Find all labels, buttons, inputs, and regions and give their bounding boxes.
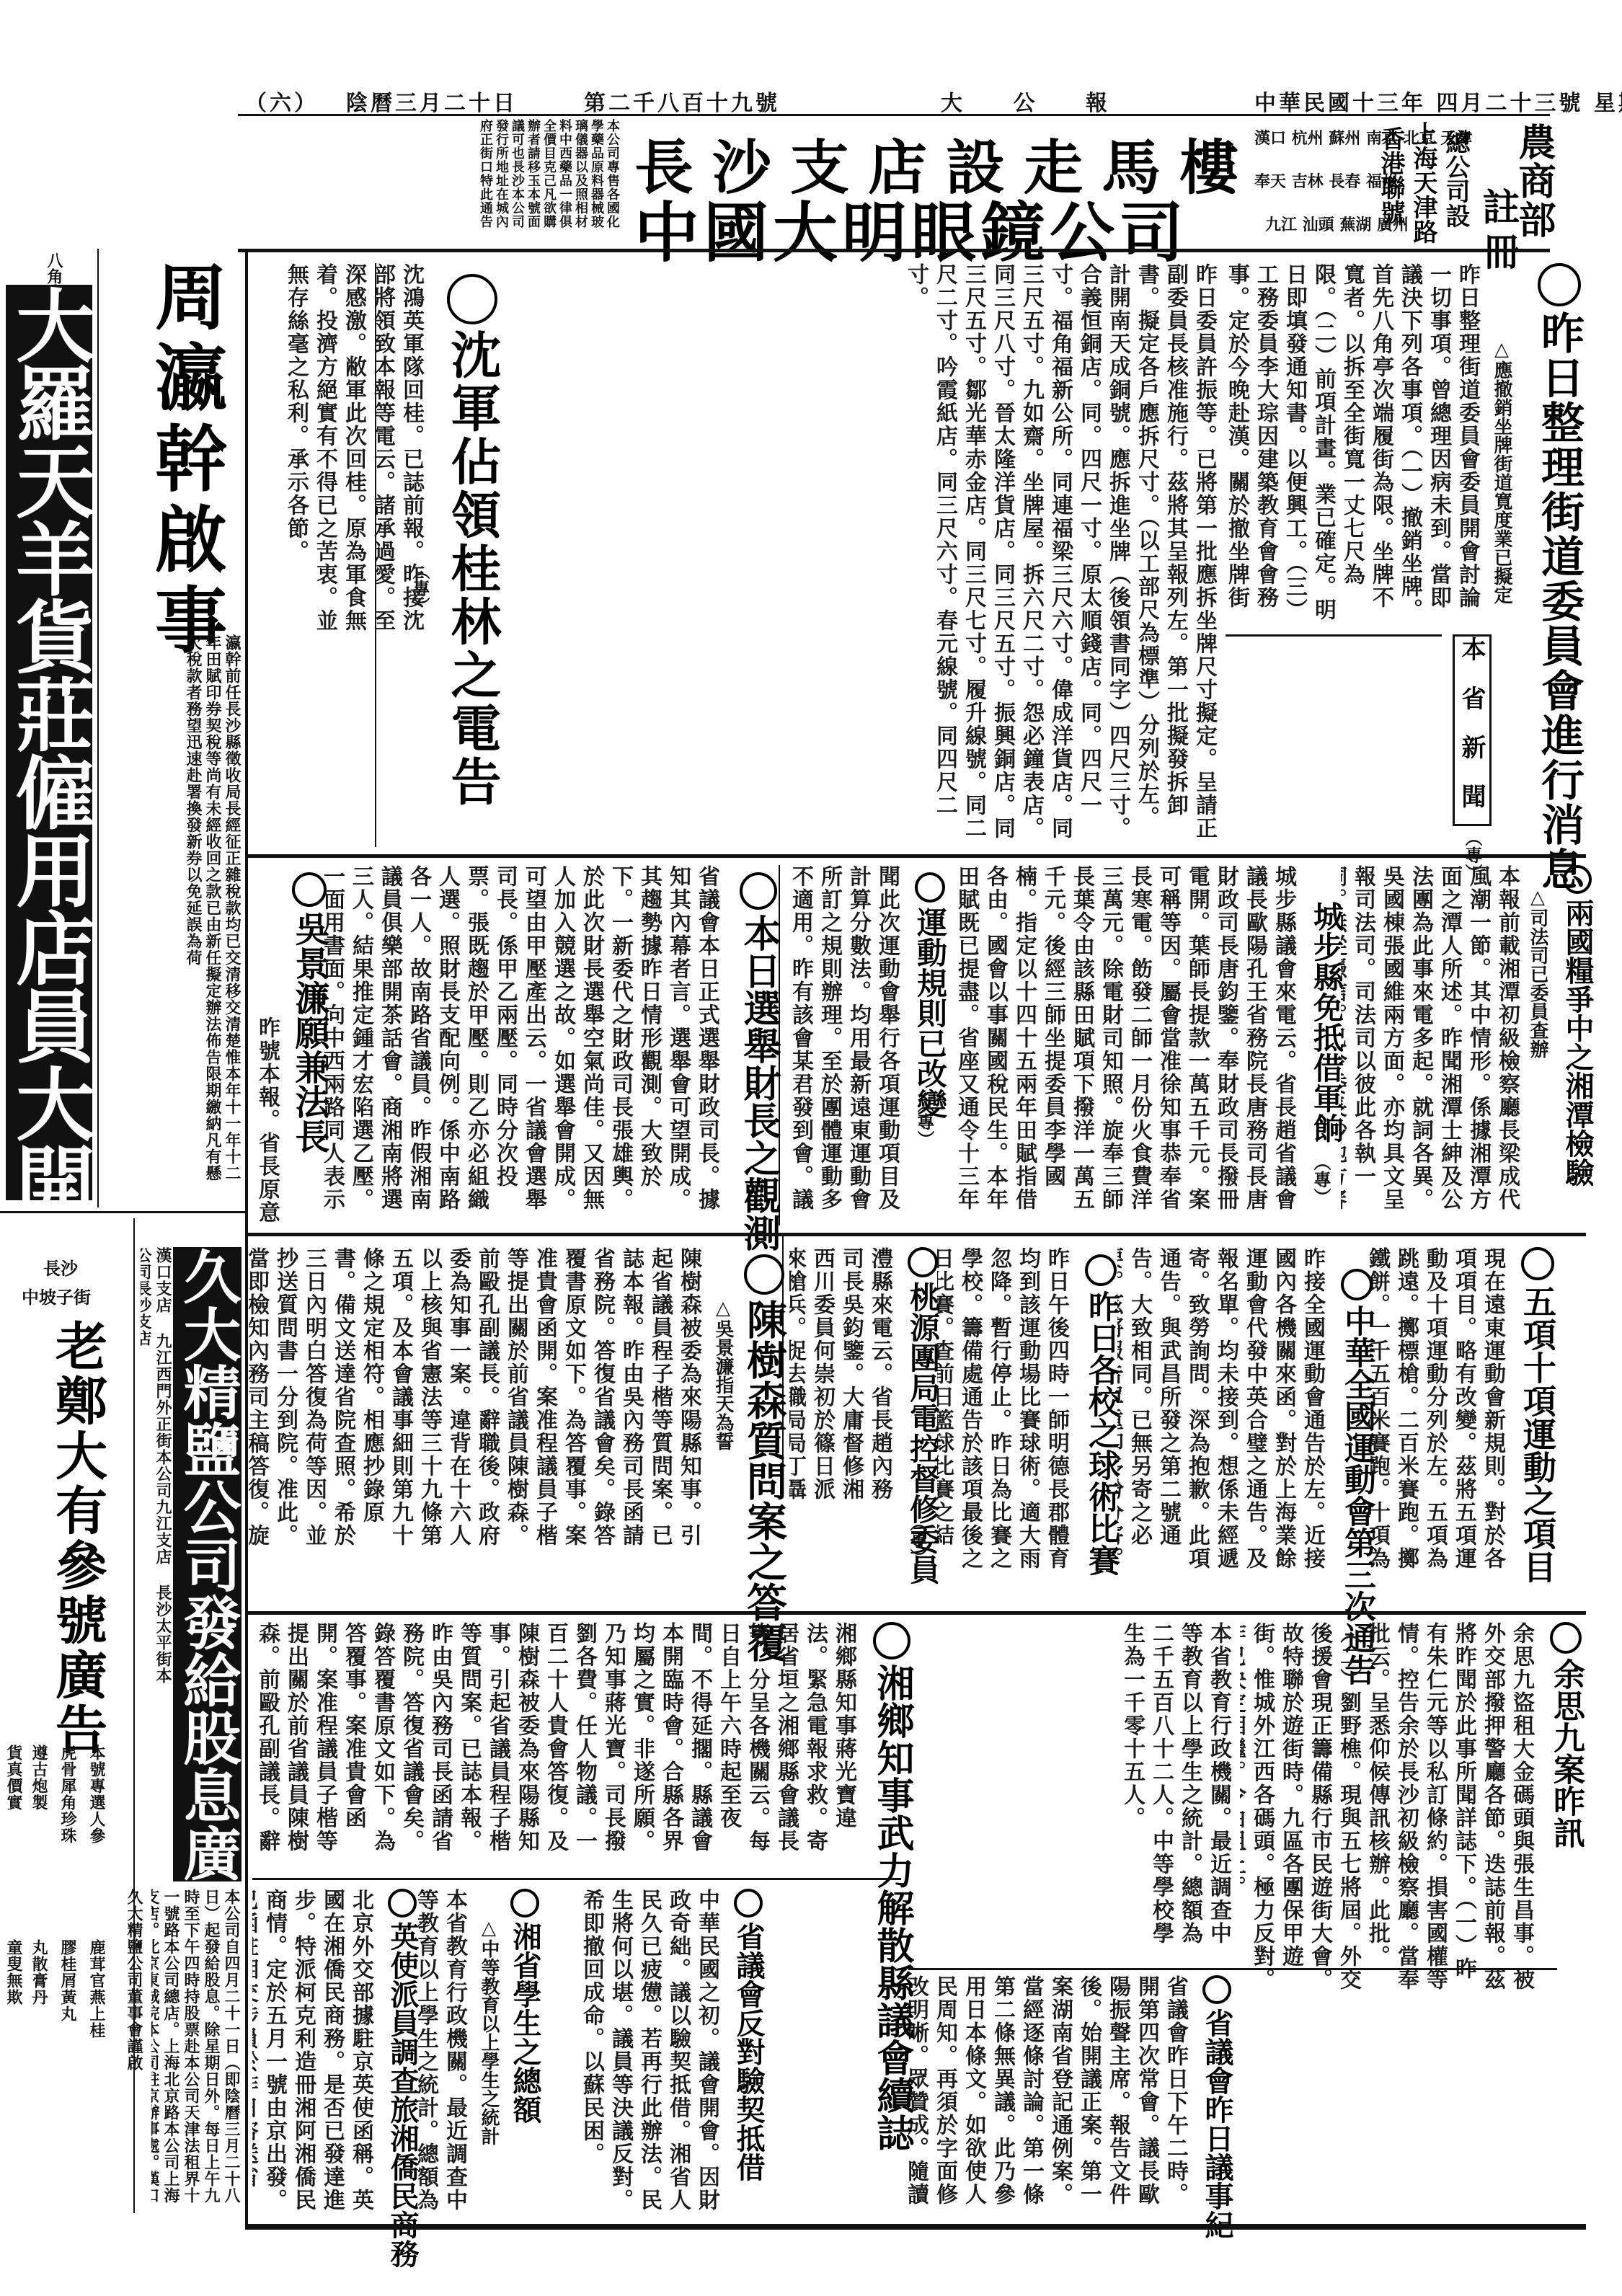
five-ten-body: 現在遠東運動會新規則。對於各項項目。略有改變。茲將五項運動及十項運動分列於左。五… <box>1370 1247 1507 1579</box>
chen-shusen-continued: 陳樹森被委為來陽縣知事。引起省議員程子楷等質問案。已誌本報。昨由吳內務司長函請省… <box>252 1622 541 1874</box>
glasses-hq-col1: 香港聯號 <box>1373 126 1409 241</box>
school-ball-body: 昨日午後四時一師明德長郡體育均到該運動場比賽球術。適大雨忽降。暫行停止。昨日為比… <box>937 1247 1071 1579</box>
wu-jinglian-headline: 吳景濂願兼法長 <box>285 872 334 1153</box>
left-strip-rule <box>97 249 99 1207</box>
school-ball-headline: 昨日各校之球術比賽 <box>1078 1254 1124 1576</box>
guangxi-dispute-body: 本報前載湘潭初級檢察廳長梁成代風潮一節。其中情形。係據湘潭方面之潭人所述。昨聞湘… <box>1341 865 1521 1225</box>
ginseng-product-4: 遵古炮製 <box>29 1745 49 1932</box>
section-label-local-news: 本省新聞 <box>1453 634 1492 826</box>
main-left-rule <box>245 249 248 2228</box>
salt-company-branches: 漢口支店 九江西門外正街本公司九江支店 長沙太平街本公司長沙支店 <box>141 1247 173 1694</box>
storefront-list-body: 昨日委員許振等。已將第一批應拆坐牌尺寸擬定。呈請正副委員長核准施行。茲將其呈報列… <box>505 263 1218 847</box>
glasses-hq-col2: 上海天津路 <box>1406 121 1441 244</box>
chen-shusen-headline: 陳樹森質問案之答覆 <box>735 1254 793 1662</box>
lunar-date: 陰曆三月二十日 <box>346 85 518 117</box>
bottom-mid-rule <box>252 1878 901 1880</box>
glasses-hq-col3: 總公司設 <box>1438 130 1473 245</box>
athletics-rules-tag: （專） <box>912 1096 937 1148</box>
chengbu-headline: 城步縣免抵借軍餉 <box>1305 901 1348 1143</box>
athletics-rules-headline: 運動規則已改變 <box>908 872 952 1119</box>
chengbu-body: 城步縣議會來電云。省長趙省議會議長歐陽孔王省務院長唐務司長唐財政司長唐鈞鑒。奉財… <box>952 865 1298 1225</box>
chen-shusen-body: 陳樹森被委為來陽縣知事。引起省議員程子楷等質問案。已誌本報。昨由吳內務司長函請省… <box>249 1247 703 1557</box>
chengbu-tag: （專） <box>1308 1153 1334 1205</box>
street-committee-subhead: △應撤銷坐牌街道寬度業已擬定 <box>1489 339 1515 604</box>
overseas-body: 北京外交部據駐京英使函稱。英國在湘僑民商務。是否已發達進步。特派柯克利造冊湘阿湘… <box>252 1889 375 2213</box>
assembly-proceedings-body: 省議會昨日下午二時。開第四次常會。議長歐陽振聲主席。報告文件後。始開議正案。第一… <box>908 1975 1189 2213</box>
national-games-body: 昨接全國運動會通告於左。近接國內各機關來函。對於上海業餘運動會代發中英合璧之通告… <box>1117 1247 1326 1579</box>
paper-name: 大 公 報 <box>941 85 1129 117</box>
assembly-rule <box>908 1968 1557 1970</box>
assembly-proceedings-headline-text: 省議會昨日議事紀 <box>1200 2008 1234 2239</box>
five-ten-headline: 五項十項運動之項目 <box>1514 1247 1561 1583</box>
ginseng-address-street: 中坡子街 <box>22 1283 91 1308</box>
guangxi-dispute-headline-text: 兩國糧爭中之湘潭檢驗 <box>1561 898 1595 1187</box>
student-totals-headline-text: 湘省學生之總額 <box>508 1922 542 2124</box>
street-committee-rule <box>1226 634 1442 637</box>
ginseng-address-top: 長沙 <box>43 1254 78 1280</box>
yu-sijiu-headline-text: 余思九案昨訊 <box>1548 1658 1585 1848</box>
zhou-notice-title: 周瀛幹啟事 <box>133 260 237 663</box>
shen-guilin-headline-text: 沈軍佔領桂林之電告 <box>443 329 502 809</box>
misc-continued-body: 本省教育行政機關。最近調查中等教育以上學生之統計。總額為二千五百八十二人。中等學… <box>908 1622 1233 1961</box>
zhou-notice-body: 瀛幹前任長沙縣徵收局長經征正雜稅款均已交清移交清楚惟本年十一年十二年田賦印券契稅… <box>105 634 241 1197</box>
ginseng-product-3: 膠桂屑黃丸 <box>58 1939 78 2127</box>
lower-band-rule <box>245 1611 1586 1615</box>
assembly-contract-headline: 省議會反對驗契抵借 <box>728 1889 769 2181</box>
guangxi-dispute-subhead: △司法司已委員查辦 <box>1525 887 1551 1058</box>
yu-sijiu-headline: 余思九案昨訊 <box>1543 1622 1589 1848</box>
election-headline: 本日選舉財長之觀測 <box>732 872 786 1251</box>
ginseng-product-1: 鹿茸官燕上桂 <box>87 1939 107 2127</box>
header-right-dateline: 中華民國十三年 四月二十三號 星期三 <box>1254 85 1622 117</box>
left-ads-mid-rule <box>133 1218 135 2213</box>
school-ball-headline-text: 昨日各校之球術比賽 <box>1083 1290 1120 1576</box>
five-ten-headline-text: 五項十項運動之項目 <box>1518 1285 1557 1583</box>
election-headline-text: 本日選舉財長之觀測 <box>737 914 781 1251</box>
masthead-bottom-rule <box>238 249 1550 252</box>
street-committee-headline: 昨日整理街道委員會進行消息 <box>1528 263 1590 892</box>
middle-band-rule <box>245 1233 1586 1236</box>
shen-guilin-headline: 沈軍佔領桂林之電告 <box>436 274 509 809</box>
dalotian-ad: 大羅天羊貨莊僱用店員大開張 <box>6 285 92 1200</box>
chen-shusen-headline-text: 陳樹森質問案之答覆 <box>740 1299 788 1662</box>
wu-jinglian-headline-text: 吳景濂願兼法長 <box>289 911 329 1153</box>
left-ads-top-rule <box>0 1211 245 1213</box>
student-totals-body: 本省教育行政機關。最近調查中等教育以上學生之統計。總額為二千五百八十二人。中等學… <box>418 1889 469 2213</box>
street-committee-body: 昨日整理街道委員會委員開會討論一切事項。曾總理因病未到。當即議決下列各事項。（一… <box>1226 263 1481 631</box>
ginseng-product-5: 丸散膏丹 <box>29 1939 49 2127</box>
header-rule <box>238 114 1550 116</box>
yu-sijiu-body: 余思九盜租大金碼頭與張生昌事。被外交部撥押警廳各節。迭誌前報。茲將昨聞於此事所聞… <box>1240 1622 1535 1997</box>
ginseng-product-6: 貨真價實 <box>4 1745 24 1932</box>
salt-company-body: 本公司自四月二十一日（即陰曆三月二十八日）起發給股息。除星期日外。每日上午九時至… <box>151 1889 241 2206</box>
page-number: （六） <box>245 85 319 117</box>
chen-shusen-subhead: △吳景濂指天為誓 <box>710 1298 737 1450</box>
shen-guilin-body: 沈鴻英軍隊回桂。已誌前報。昨接沈部將領致本報等電云。諸承過愛。至深感激。敝軍此次… <box>252 263 425 638</box>
street-committee-headline-text: 昨日整理街道委員會進行消息 <box>1534 311 1585 892</box>
upper-band-rule <box>245 854 1586 858</box>
masthead-small-ad-text: 本公司專售各國化學藥品原料器械玻璃儀器以及照相材料中西藥品一律俱全價目克己凡欲購… <box>238 119 620 241</box>
taoyuan-tag: （專） <box>905 1514 930 1566</box>
xiangxiang-headline-text: 湘鄉知事武力解散縣議會續誌 <box>870 1664 914 2151</box>
overseas-headline: 英使派員調查旅湘僑民商務 <box>382 1889 423 2268</box>
wu-jinglian-body: 昨號本報。省長原意要吳接司法司長一節。已誌吳內務司長辭兼代司法司長一節。惟不為何… <box>252 1016 281 1225</box>
ginseng-product-7: 童叟無欺 <box>4 1939 24 2127</box>
salt-company-title: 久大精鹽公司發給股息廣告 <box>173 1247 241 1881</box>
assembly-proceedings-headline: 省議會昨日議事紀 <box>1197 1975 1238 2239</box>
assembly-contract-body: 中華民國之初。議會開會。因財政奇絀。議以驗契抵借。湘省人民久已疲憊。若再行此辦法… <box>548 1889 721 2213</box>
student-totals-subhead: △中等教育以上學生之統計 <box>476 1918 502 2145</box>
ginseng-title: 老鄭大有參號廣告 <box>40 1319 115 1758</box>
athletics-rules-headline-text: 運動規則已改變 <box>913 907 948 1119</box>
ginseng-product-2: 虎骨犀角珍珠 <box>58 1745 78 1932</box>
xiangxiang-headline: 湘鄉知事武力解散縣議會續誌 <box>865 1622 919 2151</box>
ginseng-product-0: 本號專選人參 <box>87 1745 107 1932</box>
glasses-ad-line2: 中國大明眼鏡公司 <box>634 180 1188 274</box>
issue-number: 第二千八百十九號 <box>584 85 780 117</box>
masthead-small-ad: 本公司專售各國化學藥品原料器械玻璃儀器以及照相材料中西藥品一律俱全價目克己凡欲購… <box>238 119 620 245</box>
election-body: 省議會本日正式選舉財政司長。據知其內幕者言。選舉會可望開成。其趨勢據昨日情形觀測… <box>317 865 721 1225</box>
xiangxiang-body: 湘鄉縣知事蔣光寶違法。緊急電報求救。寄居省垣之湘鄉縣會議長等。分呈各機關云。每日… <box>548 1622 858 1867</box>
overseas-headline-text: 英使派員調查旅湘僑民商務 <box>386 1922 420 2268</box>
guangxi-dispute-headline: 兩國糧爭中之湘潭檢驗 <box>1557 865 1598 1187</box>
athletics-rules-body: 聞此次運動會舉行各項運動項目及計算分數法。均用最新遠東運動會所訂之規則辦理。至於… <box>786 865 901 1225</box>
taoyuan-body: 澧縣來電云。省長趙內務司長吳鈞鑒。大庸督修湘西川委員何崇初於篠日派來槍兵。捉去職… <box>789 1247 894 1507</box>
student-totals-headline: 湘省學生之總額 <box>505 1889 546 2124</box>
page-bottom-rule <box>245 2224 1586 2230</box>
assembly-contract-headline-text: 省議會反對驗契抵借 <box>732 1922 766 2181</box>
